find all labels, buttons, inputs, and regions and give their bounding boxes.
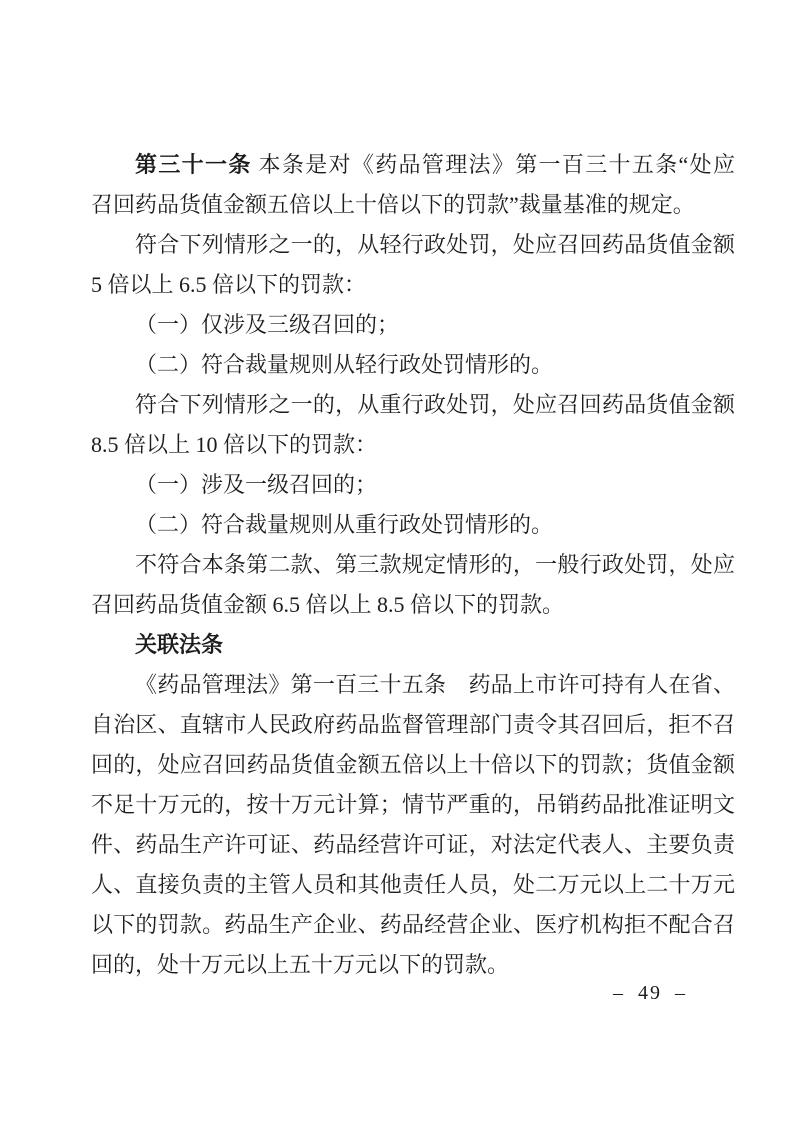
text-line: 回的，处十万元以上五十万元以下的罚款。 <box>91 945 735 985</box>
text-segment: 8.5 倍以上 10 倍以下的罚款： <box>91 432 377 457</box>
text-segment: （一）仅涉及三级召回的； <box>135 312 399 337</box>
text-line: 符合下列情形之一的，从重行政处罚，处应召回药品货值金额 <box>91 385 735 425</box>
text-line: 不足十万元的，按十万元计算；情节严重的，吊销药品批准证明文 <box>91 785 735 825</box>
text-line: 符合下列情形之一的，从轻行政处罚，处应召回药品货值金额 <box>91 225 735 265</box>
text-line: 自治区、直辖市人民政府药品监督管理部门责令其召回后，拒不召 <box>91 705 735 745</box>
text-line: 《药品管理法》第一百三十五条 药品上市许可持有人在省、 <box>91 665 735 705</box>
text-segment: 符合下列情形之一的，从重行政处罚，处应召回药品货值金额 <box>135 392 735 417</box>
text-segment: 自治区、直辖市人民政府药品监督管理部门责令其召回后，拒不召 <box>91 712 735 737</box>
text-segment: （二）符合裁量规则从重行政处罚情形的。 <box>135 512 553 537</box>
text-segment: 不足十万元的，按十万元计算；情节严重的，吊销药品批准证明文 <box>91 792 735 817</box>
text-segment: 本条是对《药品管理法》第一百三十五条“处应 <box>252 152 735 177</box>
text-line: 关联法条 <box>91 625 735 665</box>
text-segment: （一）涉及一级召回的； <box>135 472 377 497</box>
text-line: 召回药品货值金额 6.5 倍以上 8.5 倍以下的罚款。 <box>91 585 735 625</box>
text-segment: 《药品管理法》第一百三十五条 药品上市许可持有人在省、 <box>135 672 735 697</box>
text-segment: 不符合本条第二款、第三款规定情形的，一般行政处罚，处应 <box>135 552 735 577</box>
text-line: 8.5 倍以上 10 倍以下的罚款： <box>91 425 735 465</box>
text-segment: 符合下列情形之一的，从轻行政处罚，处应召回药品货值金额 <box>135 232 735 257</box>
text-segment: 召回药品货值金额 6.5 倍以上 8.5 倍以下的罚款。 <box>91 592 564 617</box>
text-segment: 召回药品货值金额五倍以上十倍以下的罚款”裁量基准的规定。 <box>91 192 695 217</box>
text-line: 5 倍以上 6.5 倍以下的罚款： <box>91 265 735 305</box>
text-segment: 件、药品生产许可证、药品经营许可证，对法定代表人、主要负责 <box>91 832 735 857</box>
text-segment: 回的，处十万元以上五十万元以下的罚款。 <box>91 952 509 977</box>
text-line: 人、直接负责的主管人员和其他责任人员，处二万元以上二十万元 <box>91 865 735 905</box>
text-line: 回的，处应召回药品货值金额五倍以上十倍以下的罚款；货值金额 <box>91 745 735 785</box>
text-line: 以下的罚款。药品生产企业、药品经营企业、医疗机构拒不配合召 <box>91 905 735 945</box>
text-line: 召回药品货值金额五倍以上十倍以下的罚款”裁量基准的规定。 <box>91 185 735 225</box>
bold-heading-text: 关联法条 <box>135 632 223 657</box>
text-line: 件、药品生产许可证、药品经营许可证，对法定代表人、主要负责 <box>91 825 735 865</box>
text-segment: 5 倍以上 6.5 倍以下的罚款： <box>91 272 366 297</box>
text-line: （二）符合裁量规则从重行政处罚情形的。 <box>91 505 735 545</box>
bold-heading-text: 第三十一条 <box>135 152 252 177</box>
text-line: 第三十一条 本条是对《药品管理法》第一百三十五条“处应 <box>91 145 735 185</box>
page-number: – 49 – <box>91 980 687 1006</box>
text-line: （二）符合裁量规则从轻行政处罚情形的。 <box>91 345 735 385</box>
text-line: （一）涉及一级召回的； <box>91 465 735 505</box>
document-page: 第三十一条 本条是对《药品管理法》第一百三十五条“处应召回药品货值金额五倍以上十… <box>0 0 793 1122</box>
text-segment: 人、直接负责的主管人员和其他责任人员，处二万元以上二十万元 <box>91 872 735 897</box>
text-line: （一）仅涉及三级召回的； <box>91 305 735 345</box>
document-body: 第三十一条 本条是对《药品管理法》第一百三十五条“处应召回药品货值金额五倍以上十… <box>91 145 735 985</box>
text-line: 不符合本条第二款、第三款规定情形的，一般行政处罚，处应 <box>91 545 735 585</box>
text-segment: 回的，处应召回药品货值金额五倍以上十倍以下的罚款；货值金额 <box>91 752 735 777</box>
text-segment: 以下的罚款。药品生产企业、药品经营企业、医疗机构拒不配合召 <box>91 912 735 937</box>
text-segment: （二）符合裁量规则从轻行政处罚情形的。 <box>135 352 553 377</box>
